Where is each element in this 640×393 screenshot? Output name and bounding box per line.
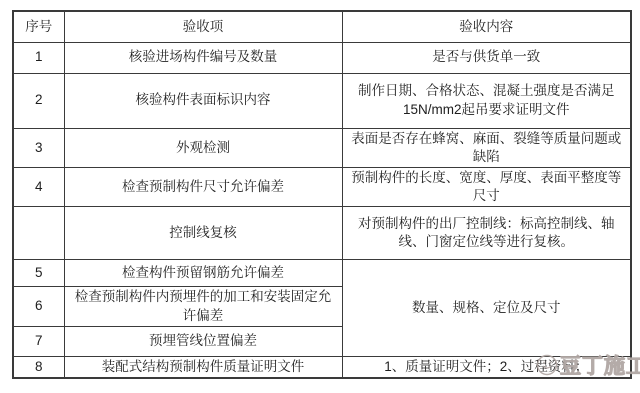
header-cell-content: 验收内容 [342, 11, 631, 42]
table-row: 控制线复核 对预制构件的出厂控制线：标高控制线、轴线、门窗定位线等进行复核。 [13, 207, 631, 260]
table-row: 4 检查预制构件尺寸允许偏差 预制构件的长度、宽度、厚度、表面平整度等尺寸 [13, 167, 631, 206]
item-cell: 检查预制构件尺寸允许偏差 [64, 167, 342, 206]
row-number-cell: 6 [13, 287, 64, 326]
row-number-cell: 8 [13, 356, 64, 378]
acceptance-table: 序号 验收项 验收内容 1 核验进场构件编号及数量 是否与供货单一致 2 核验构… [12, 10, 632, 379]
row-number-cell: 7 [13, 326, 64, 356]
table-row: 8 装配式结构预制构件质量证明文件 1、质量证明文件；2、过程资料； [13, 356, 631, 378]
item-cell: 核验进场构件编号及数量 [64, 42, 342, 73]
row-number-cell [13, 207, 64, 260]
item-cell: 装配式结构预制构件质量证明文件 [64, 356, 342, 378]
table-row: 1 核验进场构件编号及数量 是否与供货单一致 [13, 42, 631, 73]
item-cell: 检查构件预留钢筋允许偏差 [64, 260, 342, 287]
item-cell: 预埋管线位置偏差 [64, 326, 342, 356]
header-cell-item: 验收项 [64, 11, 342, 42]
row-number-cell: 1 [13, 42, 64, 73]
row-number-cell: 3 [13, 128, 64, 167]
content-cell: 1、质量证明文件；2、过程资料； [342, 356, 631, 378]
row-number-cell: 5 [13, 260, 64, 287]
content-cell: 表面是否存在蜂窝、麻面、裂缝等质量问题或缺陷 [342, 128, 631, 167]
table-header-row: 序号 验收项 验收内容 [13, 11, 631, 42]
content-cell-merged: 数量、规格、定位及尺寸 [342, 260, 631, 356]
item-cell: 外观检测 [64, 128, 342, 167]
content-cell: 是否与供货单一致 [342, 42, 631, 73]
table-row: 2 核验构件表面标识内容 制作日期、合格状态、混凝土强度是否满足15N/mm2起… [13, 73, 631, 128]
header-cell-no: 序号 [13, 11, 64, 42]
row-number-cell: 2 [13, 73, 64, 128]
item-cell: 控制线复核 [64, 207, 342, 260]
content-cell: 制作日期、合格状态、混凝土强度是否满足15N/mm2起吊要求证明文件 [342, 73, 631, 128]
table-row: 3 外观检测 表面是否存在蜂窝、麻面、裂缝等质量问题或缺陷 [13, 128, 631, 167]
row-number-cell: 4 [13, 167, 64, 206]
item-cell: 核验构件表面标识内容 [64, 73, 342, 128]
content-cell: 预制构件的长度、宽度、厚度、表面平整度等尺寸 [342, 167, 631, 206]
page: 序号 验收项 验收内容 1 核验进场构件编号及数量 是否与供货单一致 2 核验构… [0, 0, 640, 393]
item-cell: 检查预制构件内预埋件的加工和安装固定允许偏差 [64, 287, 342, 326]
content-cell: 对预制构件的出厂控制线：标高控制线、轴线、门窗定位线等进行复核。 [342, 207, 631, 260]
table-row: 5 检查构件预留钢筋允许偏差 数量、规格、定位及尺寸 [13, 260, 631, 287]
